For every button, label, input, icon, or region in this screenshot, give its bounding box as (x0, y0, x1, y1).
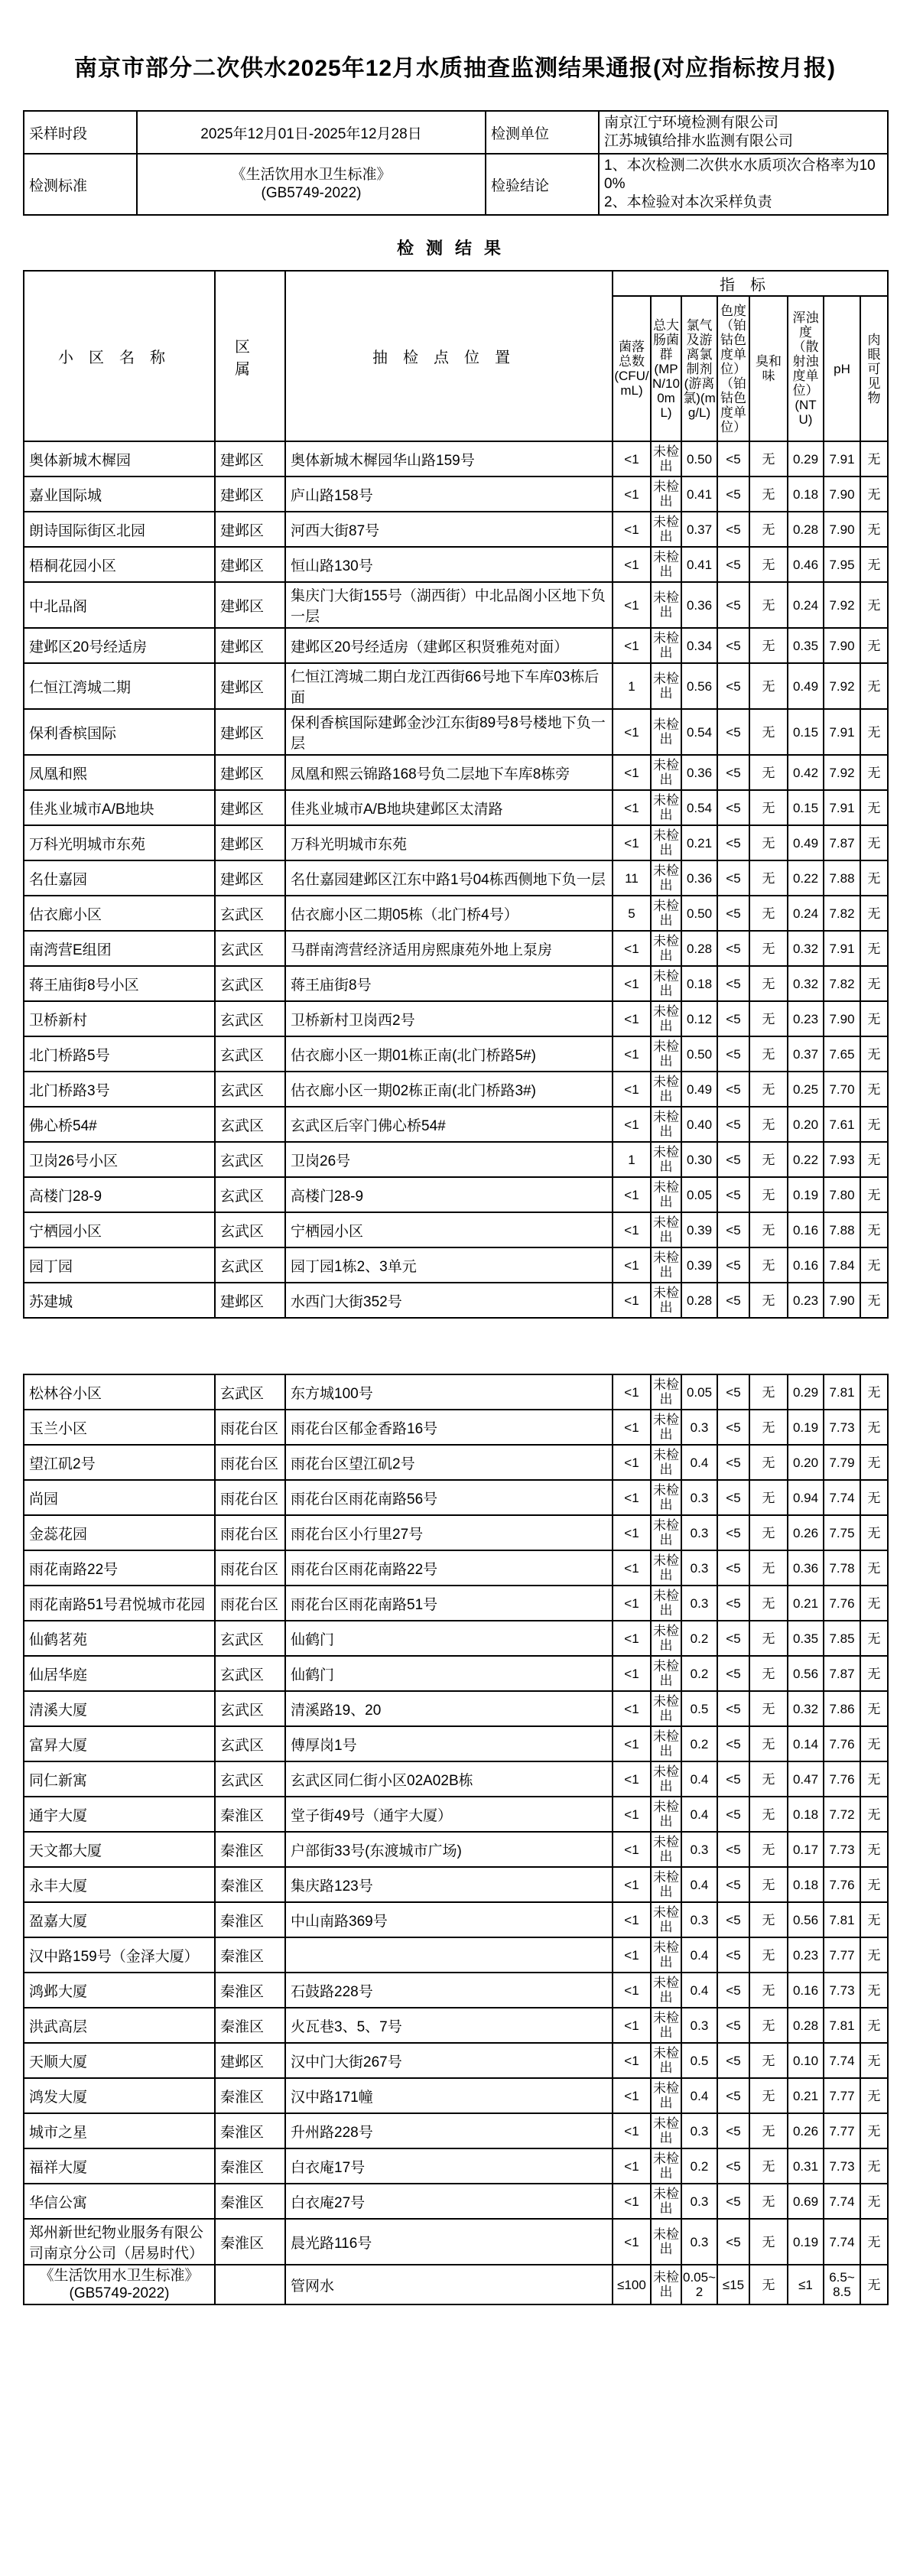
color-cell: <5 (717, 1410, 749, 1445)
coliform-cell: 未检出 (651, 1374, 681, 1410)
odor-cell: 无 (749, 790, 788, 825)
colony-count-cell: <1 (613, 1586, 651, 1621)
ph-cell: 7.91 (824, 709, 860, 755)
turbidity-cell: 0.18 (788, 1867, 824, 1902)
odor-cell: 无 (749, 1001, 788, 1036)
chlorine-cell: 0.41 (681, 547, 717, 582)
colony-count-cell: <1 (613, 2113, 651, 2148)
coliform-cell: 未检出 (651, 2113, 681, 2148)
color-cell: <5 (717, 663, 749, 709)
turbidity-cell: 0.28 (788, 2008, 824, 2043)
chlorine-cell: 0.05 (681, 1177, 717, 1212)
visible-matter-cell: 无 (860, 896, 888, 931)
coliform-cell: 未检出 (651, 1550, 681, 1586)
district-cell: 玄武区 (215, 1177, 285, 1212)
visible-matter-cell: 无 (860, 1515, 888, 1550)
ph-cell: 7.76 (824, 1867, 860, 1902)
colony-count-cell: <1 (613, 1001, 651, 1036)
coliform-cell: 未检出 (651, 2148, 681, 2184)
district-cell: 秦淮区 (215, 1973, 285, 2008)
chlorine-cell: 0.3 (681, 1902, 717, 1937)
turbidity-cell: 0.22 (788, 860, 824, 896)
colony-count-cell: <1 (613, 1550, 651, 1586)
header-free-chlorine: 氯气及游离氯制剂(游离氯)(mg/L) (681, 296, 717, 441)
visible-matter-cell: 无 (860, 2078, 888, 2113)
ph-cell: 7.74 (824, 2043, 860, 2078)
odor-cell: 无 (749, 2008, 788, 2043)
ph-cell: 7.77 (824, 1937, 860, 1973)
ph-cell: 7.74 (824, 2219, 860, 2265)
visible-matter-cell: 无 (860, 709, 888, 755)
table-row: 名仕嘉园建邺区名仕嘉园建邺区江东中路1号04栋西侧地下负一层11未检出0.36<… (24, 860, 888, 896)
community-name-cell: 雨花南路22号 (24, 1550, 215, 1586)
location-cell: 估衣廊小区一期01栋正南(北门桥路5#) (285, 1036, 613, 1072)
color-cell: <5 (717, 896, 749, 931)
colony-count-cell: <1 (613, 1656, 651, 1691)
color-cell: <5 (717, 2184, 749, 2219)
visible-matter-cell: 无 (860, 512, 888, 547)
table-row: 洪武高层秦淮区火瓦巷3、5、7号<1未检出0.3<5无0.287.81无 (24, 2008, 888, 2043)
visible-matter-cell: 无 (860, 2219, 888, 2265)
colony-count-cell: ≤100 (613, 2265, 651, 2304)
coliform-cell: 未检出 (651, 2008, 681, 2043)
turbidity-cell: 0.32 (788, 1691, 824, 1726)
testing-unit-value: 南京江宁环境检测有限公司 江苏城镇给排水监测有限公司 (599, 111, 888, 154)
colony-count-cell: <1 (613, 1072, 651, 1107)
color-cell: <5 (717, 1001, 749, 1036)
table-row: 园丁园玄武区园丁园1栋2、3单元<1未检出0.39<5无0.167.84无 (24, 1247, 888, 1283)
colony-count-cell: <1 (613, 1036, 651, 1072)
district-cell: 雨花台区 (215, 1410, 285, 1445)
turbidity-cell: 0.15 (788, 790, 824, 825)
colony-count-cell: <1 (613, 1107, 651, 1142)
turbidity-cell: 0.35 (788, 628, 824, 663)
district-cell (215, 2265, 285, 2304)
colony-count-cell: <1 (613, 1621, 651, 1656)
color-cell: <5 (717, 1480, 749, 1515)
district-cell: 秦淮区 (215, 1937, 285, 1973)
report-info-table: 采样时段 2025年12月01日-2025年12月28日 检测单位 南京江宁环境… (23, 110, 889, 216)
turbidity-cell: 0.32 (788, 931, 824, 966)
visible-matter-cell: 无 (860, 860, 888, 896)
header-group-row: 小区名称 区属 抽检点位置 指标 (24, 271, 888, 296)
colony-count-cell: <1 (613, 2043, 651, 2078)
district-cell: 玄武区 (215, 896, 285, 931)
district-cell: 秦淮区 (215, 1797, 285, 1832)
chlorine-cell: 0.39 (681, 1212, 717, 1247)
visible-matter-cell: 无 (860, 1867, 888, 1902)
visible-matter-cell: 无 (860, 1177, 888, 1212)
ph-cell: 7.87 (824, 1656, 860, 1691)
coliform-cell: 未检出 (651, 1656, 681, 1691)
odor-cell: 无 (749, 1550, 788, 1586)
ph-cell: 7.90 (824, 628, 860, 663)
ph-cell: 7.91 (824, 441, 860, 476)
coliform-cell: 未检出 (651, 1107, 681, 1142)
header-odor-taste: 臭和味 (749, 296, 788, 441)
visible-matter-cell: 无 (860, 1410, 888, 1445)
district-cell: 建邺区 (215, 628, 285, 663)
community-name-cell: 汉中路159号（金泽大厦） (24, 1937, 215, 1973)
chlorine-cell: 0.54 (681, 709, 717, 755)
info-row-standard: 检测标准 《生活饮用水卫生标准》 (GB5749-2022) 检验结论 1、本次… (24, 154, 888, 215)
chlorine-cell: 0.3 (681, 2008, 717, 2043)
visible-matter-cell: 无 (860, 1937, 888, 1973)
coliform-cell: 未检出 (651, 1283, 681, 1318)
info-row-sampling: 采样时段 2025年12月01日-2025年12月28日 检测单位 南京江宁环境… (24, 111, 888, 154)
community-name-cell: 凤凰和熙 (24, 755, 215, 790)
turbidity-cell: ≤1 (788, 2265, 824, 2304)
visible-matter-cell: 无 (860, 1072, 888, 1107)
district-cell: 雨花台区 (215, 1586, 285, 1621)
color-cell: <5 (717, 1212, 749, 1247)
chlorine-cell: 0.50 (681, 896, 717, 931)
table-row: 鸿发大厦秦淮区汉中路171幢<1未检出0.4<5无0.217.77无 (24, 2078, 888, 2113)
visible-matter-cell: 无 (860, 2113, 888, 2148)
ph-cell: 7.78 (824, 1550, 860, 1586)
district-cell: 秦淮区 (215, 1867, 285, 1902)
district-cell: 秦淮区 (215, 2219, 285, 2265)
color-cell: <5 (717, 582, 749, 628)
district-cell: 玄武区 (215, 1212, 285, 1247)
chlorine-cell: 0.18 (681, 966, 717, 1001)
table-row: 松林谷小区玄武区东方城100号<1未检出0.05<5无0.297.81无 (24, 1374, 888, 1410)
district-cell: 玄武区 (215, 1036, 285, 1072)
visible-matter-cell: 无 (860, 931, 888, 966)
turbidity-cell: 0.15 (788, 709, 824, 755)
chlorine-cell: 0.41 (681, 476, 717, 512)
turbidity-cell: 0.28 (788, 512, 824, 547)
table-row: 盈嘉大厦秦淮区中山南路369号<1未检出0.3<5无0.567.81无 (24, 1902, 888, 1937)
visible-matter-cell: 无 (860, 1761, 888, 1797)
ph-cell: 7.76 (824, 1586, 860, 1621)
visible-matter-cell: 无 (860, 2265, 888, 2304)
community-name-cell: 望江矶2号 (24, 1445, 215, 1480)
odor-cell: 无 (749, 1107, 788, 1142)
visible-matter-cell: 无 (860, 1142, 888, 1177)
ph-cell: 7.70 (824, 1072, 860, 1107)
chlorine-cell: 0.2 (681, 1656, 717, 1691)
odor-cell: 无 (749, 1072, 788, 1107)
ph-cell: 7.82 (824, 966, 860, 1001)
chlorine-cell: 0.05 (681, 1374, 717, 1410)
visible-matter-cell: 无 (860, 1036, 888, 1072)
coliform-cell: 未检出 (651, 709, 681, 755)
ph-cell: 7.90 (824, 476, 860, 512)
district-cell: 建邺区 (215, 441, 285, 476)
ph-cell: 7.85 (824, 1621, 860, 1656)
color-cell: <5 (717, 2043, 749, 2078)
visible-matter-cell: 无 (860, 1973, 888, 2008)
odor-cell: 无 (749, 2148, 788, 2184)
coliform-cell: 未检出 (651, 2184, 681, 2219)
district-cell: 玄武区 (215, 1656, 285, 1691)
district-cell: 玄武区 (215, 1072, 285, 1107)
community-name-cell: 盈嘉大厦 (24, 1902, 215, 1937)
colony-count-cell: <1 (613, 1937, 651, 1973)
location-cell: 河西大街87号 (285, 512, 613, 547)
color-cell: <5 (717, 2078, 749, 2113)
ph-cell: 7.81 (824, 1902, 860, 1937)
community-name-cell: 苏建城 (24, 1283, 215, 1318)
location-cell: 堂子街49号（通宇大厦） (285, 1797, 613, 1832)
visible-matter-cell: 无 (860, 1691, 888, 1726)
district-cell: 秦淮区 (215, 1902, 285, 1937)
header-community: 小区名称 (24, 271, 215, 441)
community-name-cell: 奥体新城木樨园 (24, 441, 215, 476)
color-cell: <5 (717, 2113, 749, 2148)
location-cell: 宁栖园小区 (285, 1212, 613, 1247)
odor-cell: 无 (749, 1142, 788, 1177)
location-cell: 雨花台区望江矶2号 (285, 1445, 613, 1480)
odor-cell: 无 (749, 582, 788, 628)
location-cell: 凤凰和熙云锦路168号负二层地下车库8栋旁 (285, 755, 613, 790)
turbidity-cell: 0.19 (788, 1177, 824, 1212)
ph-cell: 6.5~8.5 (824, 2265, 860, 2304)
location-cell: 集庆门大街155号（湖西街）中北品阁小区地下负一层 (285, 582, 613, 628)
location-cell: 仙鹤门 (285, 1621, 613, 1656)
color-cell: <5 (717, 1142, 749, 1177)
table-row: 高楼门28-9玄武区高楼门28-9<1未检出0.05<5无0.197.80无 (24, 1177, 888, 1212)
odor-cell: 无 (749, 1515, 788, 1550)
ph-cell: 7.74 (824, 2184, 860, 2219)
ph-cell: 7.76 (824, 1761, 860, 1797)
turbidity-cell: 0.16 (788, 1212, 824, 1247)
colony-count-cell: <1 (613, 1283, 651, 1318)
header-turbidity: 浑浊度（散射浊度单位）(NTU) (788, 296, 824, 441)
coliform-cell: 未检出 (651, 2265, 681, 2304)
turbidity-cell: 0.35 (788, 1621, 824, 1656)
chlorine-cell: 0.49 (681, 1072, 717, 1107)
header-colony-count: 菌落总数(CFU/mL) (613, 296, 651, 441)
report-page: 南京市部分二次供水2025年12月水质抽查监测结果通报(对应指标按月报) 采样时… (0, 0, 910, 2576)
turbidity-cell: 0.26 (788, 2113, 824, 2148)
table-row: 万科光明城市东苑建邺区万科光明城市东苑<1未检出0.21<5无0.497.87无 (24, 825, 888, 860)
table-row: 宁栖园小区玄武区宁栖园小区<1未检出0.39<5无0.167.88无 (24, 1212, 888, 1247)
ph-cell: 7.90 (824, 1283, 860, 1318)
turbidity-cell: 0.19 (788, 2219, 824, 2265)
coliform-cell: 未检出 (651, 476, 681, 512)
coliform-cell: 未检出 (651, 1797, 681, 1832)
ph-cell: 7.72 (824, 1797, 860, 1832)
odor-cell: 无 (749, 1445, 788, 1480)
header-visible-matter: 肉眼可见物 (860, 296, 888, 441)
ph-cell: 7.82 (824, 896, 860, 931)
table-row: 仙居华庭玄武区仙鹤门<1未检出0.2<5无0.567.87无 (24, 1656, 888, 1691)
district-cell: 建邺区 (215, 663, 285, 709)
turbidity-cell: 0.18 (788, 476, 824, 512)
visible-matter-cell: 无 (860, 755, 888, 790)
colony-count-cell: <1 (613, 2219, 651, 2265)
table-row: 天文都大厦秦淮区户部街33号(东渡城市广场)<1未检出0.3<5无0.177.7… (24, 1832, 888, 1867)
coliform-cell: 未检出 (651, 1247, 681, 1283)
colony-count-cell: <1 (613, 1867, 651, 1902)
chlorine-cell: 0.3 (681, 1515, 717, 1550)
chlorine-cell: 0.3 (681, 1480, 717, 1515)
colony-count-cell: 1 (613, 1142, 651, 1177)
table-row: 仙鹤茗苑玄武区仙鹤门<1未检出0.2<5无0.357.85无 (24, 1621, 888, 1656)
odor-cell: 无 (749, 825, 788, 860)
chlorine-cell: 0.3 (681, 1550, 717, 1586)
odor-cell: 无 (749, 1973, 788, 2008)
color-cell: <5 (717, 860, 749, 896)
ph-cell: 7.74 (824, 1480, 860, 1515)
district-cell: 建邺区 (215, 790, 285, 825)
color-cell: <5 (717, 1374, 749, 1410)
colony-count-cell: 5 (613, 896, 651, 931)
community-name-cell: 洪武高层 (24, 2008, 215, 2043)
chlorine-cell: 0.34 (681, 628, 717, 663)
location-cell: 雨花台区雨花南路22号 (285, 1550, 613, 1586)
chlorine-cell: 0.4 (681, 1797, 717, 1832)
colony-count-cell: <1 (613, 2184, 651, 2219)
chlorine-cell: 0.4 (681, 1761, 717, 1797)
table-row: 鸿邺大厦秦淮区石鼓路228号<1未检出0.4<5无0.167.73无 (24, 1973, 888, 2008)
odor-cell: 无 (749, 1177, 788, 1212)
turbidity-cell: 0.16 (788, 1973, 824, 2008)
color-cell: <5 (717, 628, 749, 663)
location-cell: 清溪路19、20 (285, 1691, 613, 1726)
colony-count-cell: <1 (613, 582, 651, 628)
coliform-cell: 未检出 (651, 755, 681, 790)
ph-cell: 7.73 (824, 1410, 860, 1445)
chlorine-cell: 0.5 (681, 1691, 717, 1726)
ph-cell: 7.77 (824, 2113, 860, 2148)
ph-cell: 7.75 (824, 1515, 860, 1550)
color-cell: <5 (717, 1902, 749, 1937)
coliform-cell: 未检出 (651, 1867, 681, 1902)
chlorine-cell: 0.2 (681, 2148, 717, 2184)
district-cell: 玄武区 (215, 966, 285, 1001)
odor-cell: 无 (749, 2113, 788, 2148)
turbidity-cell: 0.29 (788, 1374, 824, 1410)
community-name-cell: 名仕嘉园 (24, 860, 215, 896)
header-indicators-group: 指标 (613, 271, 888, 296)
chlorine-cell: 0.56 (681, 663, 717, 709)
table-row: 华信公寓秦淮区白衣庵27号<1未检出0.3<5无0.697.74无 (24, 2184, 888, 2219)
table-row: 北门桥路3号玄武区估衣廊小区一期02栋正南(北门桥路3#)<1未检出0.49<5… (24, 1072, 888, 1107)
color-cell: <5 (717, 1656, 749, 1691)
odor-cell: 无 (749, 2043, 788, 2078)
turbidity-cell: 0.29 (788, 441, 824, 476)
coliform-cell: 未检出 (651, 1212, 681, 1247)
turbidity-cell: 0.42 (788, 755, 824, 790)
ph-cell: 7.86 (824, 1691, 860, 1726)
community-name-cell: 蒋王庙街8号小区 (24, 966, 215, 1001)
district-cell: 建邺区 (215, 547, 285, 582)
coliform-cell: 未检出 (651, 1072, 681, 1107)
community-name-cell: 天顺大厦 (24, 2043, 215, 2078)
coliform-cell: 未检出 (651, 1515, 681, 1550)
location-cell: 集庆路123号 (285, 1867, 613, 1902)
chlorine-cell: 0.05~2 (681, 2265, 717, 2304)
community-name-cell: 佛心桥54# (24, 1107, 215, 1142)
table-row: 建邺区20号经适房建邺区建邺区20号经适房（建邺区积贤雅苑对面）<1未检出0.3… (24, 628, 888, 663)
community-name-cell: 同仁新寓 (24, 1761, 215, 1797)
ph-cell: 7.73 (824, 1973, 860, 2008)
visible-matter-cell: 无 (860, 2184, 888, 2219)
table-row: 天顺大厦建邺区汉中门大街267号<1未检出0.5<5无0.107.74无 (24, 2043, 888, 2078)
color-cell: <5 (717, 790, 749, 825)
turbidity-cell: 0.94 (788, 1480, 824, 1515)
community-name-cell: 华信公寓 (24, 2184, 215, 2219)
conclusion-label: 检验结论 (486, 154, 599, 215)
district-cell: 秦淮区 (215, 1832, 285, 1867)
table-row: 汉中路159号（金泽大厦）秦淮区<1未检出0.4<5无0.237.77无 (24, 1937, 888, 1973)
ph-cell: 7.76 (824, 1726, 860, 1761)
odor-cell: 无 (749, 1212, 788, 1247)
odor-cell: 无 (749, 1480, 788, 1515)
odor-cell: 无 (749, 1902, 788, 1937)
ph-cell: 7.61 (824, 1107, 860, 1142)
color-cell: <5 (717, 1832, 749, 1867)
coliform-cell: 未检出 (651, 1586, 681, 1621)
coliform-cell: 未检出 (651, 1480, 681, 1515)
district-cell: 玄武区 (215, 1691, 285, 1726)
odor-cell: 无 (749, 709, 788, 755)
chlorine-cell: 0.21 (681, 825, 717, 860)
odor-cell: 无 (749, 1410, 788, 1445)
district-cell: 秦淮区 (215, 2008, 285, 2043)
standard-limit-row: 《生活饮用水卫生标准》 (GB5749-2022)管网水≤100未检出0.05~… (24, 2265, 888, 2304)
chlorine-cell: 0.54 (681, 790, 717, 825)
colony-count-cell: <1 (613, 1902, 651, 1937)
location-cell: 园丁园1栋2、3单元 (285, 1247, 613, 1283)
district-cell: 建邺区 (215, 825, 285, 860)
chlorine-cell: 0.4 (681, 1937, 717, 1973)
color-cell: <5 (717, 1072, 749, 1107)
district-cell: 建邺区 (215, 860, 285, 896)
table-row: 城市之星秦淮区升州路228号<1未检出0.3<5无0.267.77无 (24, 2113, 888, 2148)
district-cell: 建邺区 (215, 2043, 285, 2078)
chlorine-cell: 0.36 (681, 582, 717, 628)
turbidity-cell: 0.10 (788, 2043, 824, 2078)
section-heading-results: 检测结果 (0, 236, 910, 259)
visible-matter-cell: 无 (860, 1726, 888, 1761)
community-name-cell: 玉兰小区 (24, 1410, 215, 1445)
district-cell: 秦淮区 (215, 2148, 285, 2184)
district-cell: 秦淮区 (215, 2184, 285, 2219)
visible-matter-cell: 无 (860, 476, 888, 512)
color-cell: <5 (717, 1937, 749, 1973)
chlorine-cell: 0.3 (681, 1586, 717, 1621)
table-row: 保利香槟国际建邺区保利香槟国际建邺金沙江东街89号8号楼地下负一层<1未检出0.… (24, 709, 888, 755)
turbidity-cell: 0.20 (788, 1445, 824, 1480)
odor-cell: 无 (749, 1867, 788, 1902)
chlorine-cell: 0.36 (681, 860, 717, 896)
color-cell: <5 (717, 1726, 749, 1761)
chlorine-cell: 0.5 (681, 2043, 717, 2078)
chlorine-cell: 0.4 (681, 1973, 717, 2008)
ph-cell: 7.95 (824, 547, 860, 582)
turbidity-cell: 0.32 (788, 966, 824, 1001)
ph-cell: 7.81 (824, 1374, 860, 1410)
visible-matter-cell: 无 (860, 1480, 888, 1515)
conclusion-value: 1、本次检测二次供水水质项次合格率为100% 2、本检验对本次采样负责 (599, 154, 888, 215)
chlorine-cell: 0.37 (681, 512, 717, 547)
colony-count-cell: <1 (613, 709, 651, 755)
district-cell: 建邺区 (215, 582, 285, 628)
location-cell: 卫岗26号 (285, 1142, 613, 1177)
visible-matter-cell: 无 (860, 1445, 888, 1480)
community-name-cell: 卫岗26号小区 (24, 1142, 215, 1177)
colony-count-cell: <1 (613, 790, 651, 825)
odor-cell: 无 (749, 628, 788, 663)
district-cell: 玄武区 (215, 1374, 285, 1410)
turbidity-cell: 0.69 (788, 2184, 824, 2219)
table-row: 奥体新城木樨园建邺区奥体新城木樨园华山路159号<1未检出0.50<5无0.29… (24, 441, 888, 476)
ph-cell: 7.92 (824, 582, 860, 628)
